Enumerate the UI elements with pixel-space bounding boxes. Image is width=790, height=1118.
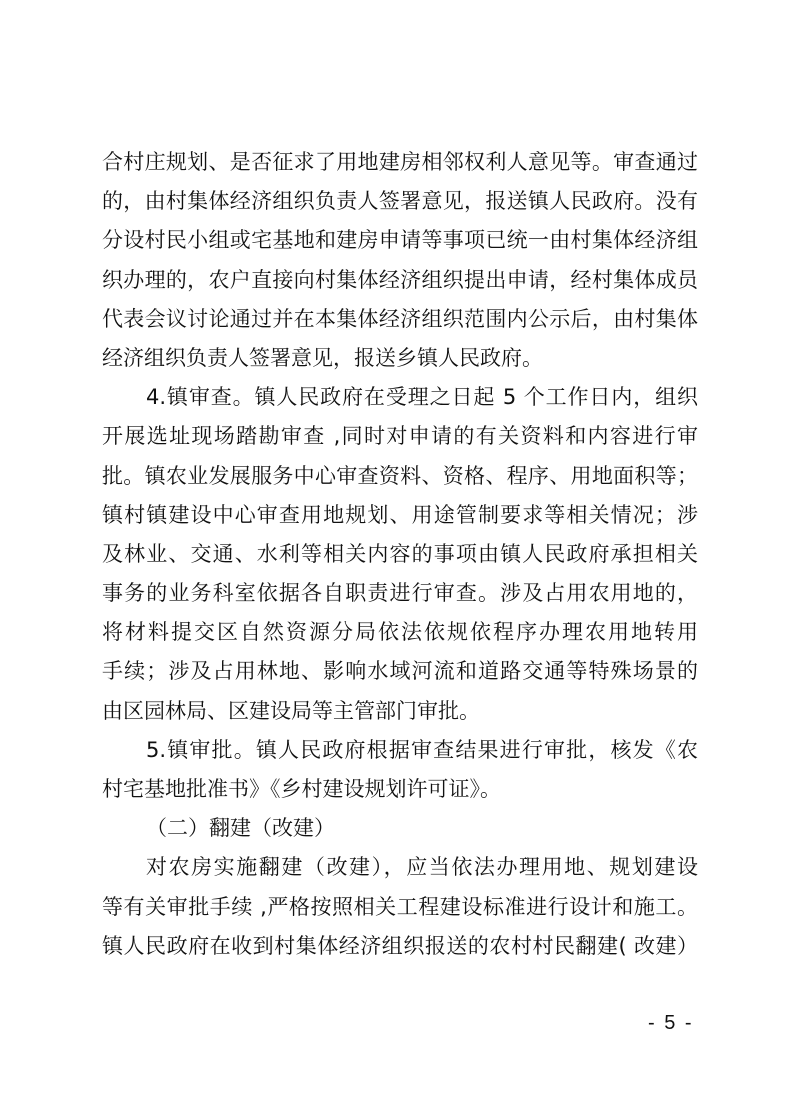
- text-line: 镇人民政府在收到村集体经济组织报送的农村村民翻建( 改建）: [102, 927, 698, 966]
- document-body: 合村庄规划、是否征求了用地建房相邻权利人意见等。审查通过 的，由村集体经济组织负…: [102, 143, 698, 966]
- subsection-heading: （二）翻建（改建）: [102, 809, 698, 848]
- text-line: 代表会议讨论通过并在本集体经济组织范围内公示后，由村集体: [102, 300, 698, 339]
- text-line: 镇村镇建设中心审查用地规划、用途管制要求等相关情况；涉: [102, 496, 698, 535]
- text-line: 事务的业务科室依据各自职责进行审查。涉及占用农用地的，: [102, 574, 698, 613]
- text-line: 分设村民小组或宅基地和建房申请等事项已统一由村集体经济组: [102, 221, 698, 260]
- section-4-heading-line: 4.镇审查。镇人民政府在受理之日起 5 个工作日内，组织: [102, 378, 698, 417]
- text-line: 的，由村集体经济组织负责人签署意见，报送镇人民政府。没有: [102, 182, 698, 221]
- text-line: 批。镇农业发展服务中心审查资料、资格、程序、用地面积等；: [102, 457, 698, 496]
- text-line: 开展选址现场踏勘审查 ,同时对申请的有关资料和内容进行审: [102, 417, 698, 456]
- document-page: 合村庄规划、是否征求了用地建房相邻权利人意见等。审查通过 的，由村集体经济组织负…: [0, 0, 790, 1118]
- text-line: 及林业、交通、水利等相关内容的事项由镇人民政府承担相关: [102, 535, 698, 574]
- text-line: 村宅基地批准书》《乡村建设规划许可证》。: [102, 770, 698, 809]
- text-line: 将材料提交区自然资源分局依法依规依程序办理农用地转用: [102, 613, 698, 652]
- text-line: 合村庄规划、是否征求了用地建房相邻权利人意见等。审查通过: [102, 143, 698, 182]
- text-line: 由区园林局、区建设局等主管部门审批。: [102, 692, 698, 731]
- section-5-heading-line: 5.镇审批。镇人民政府根据审查结果进行审批，核发《农: [102, 731, 698, 770]
- text-line: 织办理的，农户直接向村集体经济组织提出申请，经村集体成员: [102, 261, 698, 300]
- text-line: 等有关审批手续 ,严格按照相关工程建设标准进行设计和施工。: [102, 888, 698, 927]
- text-line: 手续；涉及占用林地、影响水域河流和道路交通等特殊场景的: [102, 652, 698, 691]
- text-line: 对农房实施翻建（改建），应当依法办理用地、规划建设: [102, 848, 698, 887]
- text-line: 经济组织负责人签署意见，报送乡镇人民政府。: [102, 339, 698, 378]
- page-number: - 5 -: [648, 1012, 694, 1035]
